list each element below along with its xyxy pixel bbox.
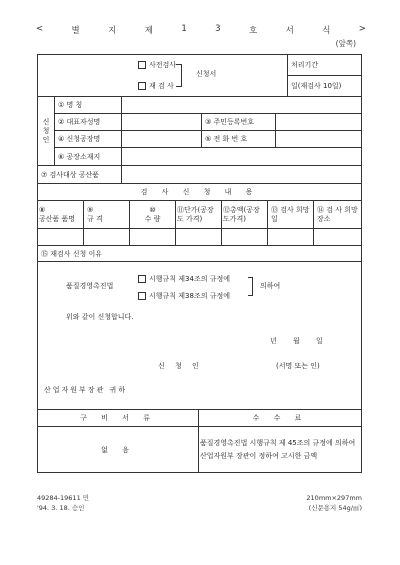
applicant-group-label: 신청인 xyxy=(38,97,55,165)
paper-size: 210mm×297mm xyxy=(306,493,362,503)
date-field[interactable]: 년 월 일 xyxy=(270,336,323,346)
phone-label: ⑤ 전 화 번 호 xyxy=(202,131,276,147)
resident-number-field[interactable] xyxy=(276,114,361,130)
title-char: 별 xyxy=(72,24,80,36)
paper-spec: 210mm×297mm (신문용지 54g/㎡) xyxy=(306,493,362,513)
processing-label: 처리기간 xyxy=(288,55,361,76)
paper-type: (신문용지 54g/㎡) xyxy=(306,503,362,513)
factory-location-label: ⑥ 공장소재지 xyxy=(55,148,122,165)
reinspection-body: 품질경영촉진법 시행규칙 제34조의 규정에 시행규칙 제38조의 규정에 의하… xyxy=(38,262,361,410)
resident-number-label: ③ 주민등록번호 xyxy=(202,114,276,130)
factory-location-field[interactable] xyxy=(122,148,361,165)
documents-header-row: 구 비 서 류 수 수 료 xyxy=(38,410,361,427)
required-documents-header: 구 비 서 류 xyxy=(38,410,199,426)
option-pre-inspection[interactable]: 사전검사 xyxy=(138,60,176,70)
desired-place-input[interactable] xyxy=(314,229,361,245)
representative-field[interactable] xyxy=(122,114,202,130)
title-char: 호 xyxy=(249,24,257,36)
product-field[interactable] xyxy=(122,166,361,183)
phone-field[interactable] xyxy=(276,131,361,147)
option-label: 사전검사 xyxy=(149,61,176,69)
unit-price-input[interactable] xyxy=(176,229,222,245)
inspection-data-row xyxy=(38,229,361,246)
application-form: 사전검사 재 검 사 신청서 처리기간 일(재검사 10일) 신청인 ① 명 칭… xyxy=(37,54,362,473)
form-code-number: 49284-19611 민 xyxy=(37,493,89,503)
checkbox-icon[interactable] xyxy=(138,82,146,90)
col-unit-price: ⑪단가(공장도 가격) xyxy=(176,201,222,228)
col-product-name: ⑧공산품 품명 xyxy=(38,201,84,228)
checkbox-icon[interactable] xyxy=(138,292,146,300)
inspection-type: 사전검사 재 검 사 신청서 xyxy=(38,55,288,96)
applicant-signature-label: 신 청 인 xyxy=(158,361,203,371)
title-char: 3 xyxy=(215,24,220,36)
col-total: ⑫총액(공장도가격) xyxy=(222,201,268,228)
suffix: 의하여 xyxy=(260,281,280,291)
title-char: 식 xyxy=(322,24,330,36)
product-name-input[interactable] xyxy=(38,229,84,245)
approval-date: '94. 3. 18. 승인 xyxy=(37,503,89,513)
fee-value: 품질경영촉진법 시행규칙 제 45조의 규정에 의하여 산업자원부 장관이 정하… xyxy=(199,427,361,472)
checkbox-icon[interactable] xyxy=(138,61,146,69)
form-name: 신청서 xyxy=(196,69,216,79)
processing-period: 처리기간 일(재검사 10일) xyxy=(288,55,361,96)
reinspection-label: ⑮ 재검사 신청 이유 xyxy=(38,246,361,261)
option-label: 재 검 사 xyxy=(149,82,174,90)
title-char: < xyxy=(36,24,43,36)
processing-value: 일(재검사 10일) xyxy=(288,76,361,96)
title-char: 지 xyxy=(108,24,116,36)
factory-name-label: ④ 신청공장명 xyxy=(55,131,122,147)
bracket-icon xyxy=(248,277,253,296)
spec-input[interactable] xyxy=(84,229,130,245)
inspection-header-row: ⑧공산품 품명 ⑨규 격 ⑩수 량 ⑪단가(공장도 가격) ⑫총액(공장도가격)… xyxy=(38,201,361,229)
recipient: 산업자원부장관 귀하 xyxy=(44,385,127,395)
option-article-34[interactable]: 시행규칙 제34조의 규정에 xyxy=(138,274,230,284)
title-char: > xyxy=(359,24,366,36)
col-desired-date: ⑬ 검사 희망일 xyxy=(268,201,314,228)
required-documents-value: 없 음 xyxy=(38,427,199,472)
name-field[interactable] xyxy=(122,97,361,113)
option-article-38[interactable]: 시행규칙 제38조의 규정에 xyxy=(138,291,230,301)
col-desired-place: ⑭ 검 사 희망장소 xyxy=(314,201,361,228)
page-side-label: (앞쪽) xyxy=(336,38,356,49)
title-char: 1 xyxy=(181,24,186,36)
applicant-block: 신청인 ① 명 칭 ② 대표자성명 ③ 주민등록번호 ④ 신청공장명 ⑤ 전 화… xyxy=(38,97,361,166)
form-header-row: 사전검사 재 검 사 신청서 처리기간 일(재검사 10일) xyxy=(38,55,361,97)
desired-date-input[interactable] xyxy=(268,229,314,245)
product-label: ⑦ 검사대상 공산품 xyxy=(38,166,122,183)
title-char: 서 xyxy=(286,24,294,36)
inspection-section-title: 검 사 신 청 내 용 xyxy=(38,184,361,200)
fee-header: 수 수 료 xyxy=(199,410,361,426)
factory-name-field[interactable] xyxy=(122,131,202,147)
reinspection-label-row: ⑮ 재검사 신청 이유 xyxy=(38,246,361,262)
form-title: < 별 지 제 1 3 호 서 식 > xyxy=(36,24,366,36)
name-label: ① 명 칭 xyxy=(55,97,122,113)
col-spec: ⑨규 격 xyxy=(84,201,130,228)
title-char: 제 xyxy=(145,24,153,36)
law-name: 품질경영촉진법 xyxy=(66,281,113,291)
quantity-input[interactable] xyxy=(130,229,176,245)
form-code: 49284-19611 민 '94. 3. 18. 승인 xyxy=(37,493,89,513)
total-input[interactable] xyxy=(222,229,268,245)
documents-body-row: 없 음 품질경영촉진법 시행규칙 제 45조의 규정에 의하여 산업자원부 장관… xyxy=(38,427,361,472)
bracket-icon xyxy=(176,64,182,87)
statement: 위와 같이 신청합니다. xyxy=(66,312,134,322)
representative-label: ② 대표자성명 xyxy=(55,114,122,130)
option-reinspection[interactable]: 재 검 사 xyxy=(138,81,174,91)
checkbox-icon[interactable] xyxy=(138,275,146,283)
signature-field[interactable]: (서명 또는 인) xyxy=(276,361,320,371)
inspection-title-row: 검 사 신 청 내 용 xyxy=(38,184,361,201)
col-quantity: ⑩수 량 xyxy=(130,201,176,228)
product-row: ⑦ 검사대상 공산품 xyxy=(38,166,361,184)
